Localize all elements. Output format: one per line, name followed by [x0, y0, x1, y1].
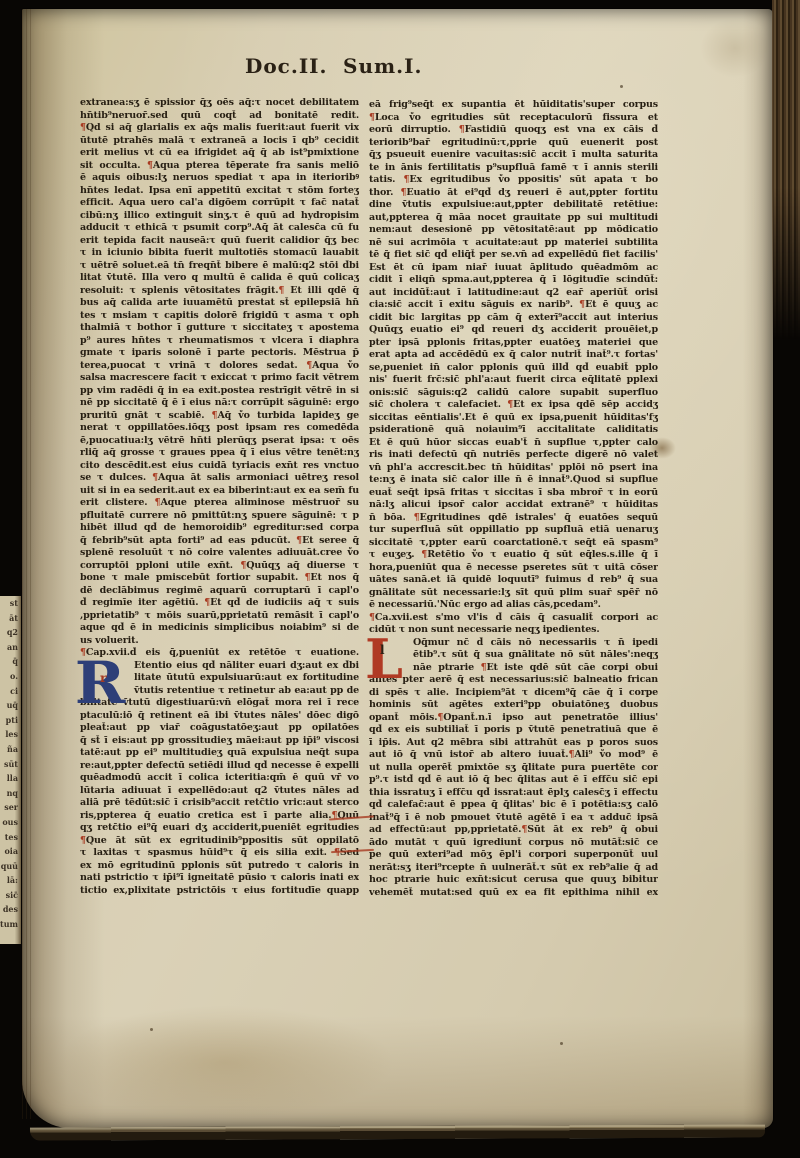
pilcrow-rubric: ¶: [304, 572, 310, 583]
text-line: pfluitatē currere nō pmittūt:nʒ spuere s…: [80, 510, 359, 523]
text-line: uātes sanā.et iā quidē loquutī⁹ fuimus d…: [369, 574, 658, 587]
prev-leaf-text-fragment: q2: [0, 625, 21, 640]
text-column-left: extranea:sʒ ē spissior q̄ʒ oēs aq̄:τ noc…: [80, 97, 359, 897]
text-line: ē necessariū.'Nūc ergo ad alias cās,pced…: [369, 599, 658, 612]
previous-leaf-edge: stātq2anq̄o.ciuq̄ptilesñasūtllanqseroust…: [0, 596, 21, 944]
text-line: terea,puocat τ vrinā τ dolores sedat. ¶A…: [80, 360, 359, 373]
text-line: aut incidūt̄:aut ī latitudine:aut q2 ear…: [369, 287, 658, 300]
text-line: dine v̄tutis expulsiue:aut,ppter debilit…: [369, 199, 658, 212]
pilcrow-rubric: ¶: [437, 712, 443, 723]
prev-leaf-text-fragment: āt: [0, 611, 21, 626]
prev-leaf-text-fragment: ci: [0, 684, 21, 699]
text-line: ,pprietatib⁹ τ mōis suarū,pprietatū remā…: [80, 610, 359, 623]
text-line: aut,ppterea q̄ māa nocet grauitate pp su…: [369, 212, 658, 225]
text-line: cidit ī eliqn̄ spma.aut,ppterea q̄ ī lōg…: [369, 274, 658, 287]
text-line: ¶Ca.xvii.est s'mo vl'is d̄ cāis q̄ casua…: [369, 612, 658, 625]
text-line: resoluit: τ splenis vētositates frāgit.¶…: [80, 285, 359, 298]
text-line: nerat τ oppillatōes.iōqʒ post ipsam res …: [80, 422, 359, 435]
text-line: rliq̄ aq̄ grosse τ graues ppea q̄ ī eius…: [80, 447, 359, 460]
prev-leaf-text-fragment: ous: [0, 815, 21, 830]
text-line: qd̄ ex eis subtiliat̄ ī poris p v̄tutē p…: [369, 724, 658, 737]
text-line: nerāt:sʒ iteri⁹rcepte n̄ uulnerāt̄.τ sūt…: [369, 862, 658, 875]
text-line: cidit bic largitas pp cām q̄ exterī⁹acci…: [369, 312, 658, 325]
prev-leaf-text-fragment: an: [0, 640, 21, 655]
text-line: tatis. ¶Ex egritudibus v̊o ppositis' sūt…: [369, 174, 658, 187]
prev-leaf-text-fragment: uq̄: [0, 698, 21, 713]
prev-leaf-text-fragment: tum: [0, 917, 21, 932]
pilcrow-rubric: ¶: [421, 549, 427, 560]
closed-pages-edge: [772, 0, 800, 340]
text-line: vehemēt̄ mutat:sed quū ex ea fit epithim…: [369, 887, 658, 900]
text-line: thor. ¶Euatio āt ei⁹qd̄ dʒ reueri ē aut,…: [369, 187, 658, 200]
text-line: euat̄ seq̄t ipsā fritas τ siccitas ī sba…: [369, 487, 658, 500]
text-line: eorū dirruptio. ¶Fastidiū quoqʒ est vna …: [369, 124, 658, 137]
text-line: v̄tutis retentiue τ retinetur ab ea:aut …: [80, 685, 359, 698]
text-line: bilitate v̄tutū digestiuarū:vn̄ elōgat̄ …: [80, 697, 359, 710]
pilcrow-rubric: ¶: [306, 360, 312, 371]
prev-leaf-text-fragment: st: [0, 596, 21, 611]
text-line: thalmiā τ bothor ī gutture τ siccitateʒ …: [80, 322, 359, 335]
pilcrow-rubric: ¶: [369, 612, 375, 623]
text-line: hora,pueniūt qua ē necesse pseretes sūt …: [369, 562, 658, 575]
pilcrow-rubric: ¶: [400, 187, 406, 198]
text-line: erit tepida facit nauseā:τ quū fuerit ca…: [80, 235, 359, 248]
text-line: salsa macrescere facit τ exiccat τ primo…: [80, 372, 359, 385]
running-header-doc: Doc.II.: [245, 54, 328, 78]
pilcrow-rubric: ¶: [80, 835, 86, 846]
pilcrow-rubric: ¶: [507, 399, 513, 410]
running-header: Doc.II. Sum.I.: [0, 54, 800, 78]
text-line: Etentio eius qd̄ nāliter euari dʒ:aut ex…: [80, 660, 359, 673]
prev-leaf-text-fragment: lā:: [0, 873, 21, 888]
text-line: se,pueniet in̄ calor pplonis quū illd̄ q…: [369, 362, 658, 375]
text-line: onis:sic̄ sāguis:q2 calidū calore supabi…: [369, 387, 658, 400]
foxing-speck: [620, 85, 623, 88]
text-line: ī ip̄is. Aut q2 mēbra sibi attrahūt eas …: [369, 737, 658, 750]
prev-leaf-text-fragment: lla: [0, 771, 21, 786]
text-line: di spēs τ alie. Incipiem⁹āt τ dicem⁹q̄ c…: [369, 687, 658, 700]
text-line: nāe ptrarie ¶Et iste qdē sūt cāe corpi o…: [369, 662, 658, 675]
text-line: bus aq̄ calida arte iuuamētū prestat st̄…: [80, 297, 359, 310]
prev-leaf-text-fragment: les: [0, 727, 21, 742]
text-line: opant̄ mōis.¶Opant̄.n.ī ipso aut penetra…: [369, 712, 658, 725]
text-line: ē,puocatiua:lʒ vētrē hn̄ti plerūqʒ psera…: [80, 435, 359, 448]
text-line: vn̄ phl'a accrescit.bec tn̄ hūiditas' pp…: [369, 462, 658, 475]
text-line: pleat̄:aut pp viar̄ coāgustatōeʒ:aut pp …: [80, 722, 359, 735]
text-line: q̄ febrib⁹sūt apta forti⁹ ad eas pducūt.…: [80, 535, 359, 548]
prev-leaf-text-fragment: q̄: [0, 654, 21, 669]
text-line: aut iō q̄ vnū istor̄ ab altero iuuat̄.¶A…: [369, 749, 658, 762]
text-line: erat apta ad accēdēdū ex q̄ calor nutrit…: [369, 349, 658, 362]
prev-leaf-text-fragment: ser: [0, 800, 21, 815]
text-line: hn̄tes ledat. Ipsa enī appetitū excitat …: [80, 185, 359, 198]
text-line: us voluerit.: [80, 635, 359, 648]
text-line: ris,ppterea q̄ euatio cretica est ī part…: [80, 810, 359, 823]
pilcrow-rubric: ¶: [152, 472, 158, 483]
text-line: ētib⁹.τ sūt q̄ sua gnālitate nō sūt nāle…: [369, 649, 658, 662]
pilcrow-rubric: ¶: [80, 647, 86, 658]
pilcrow-rubric: ¶: [403, 174, 409, 185]
text-line: pruritū gnāt τ scabiē. ¶Aq̄ v̊o turbida …: [80, 410, 359, 423]
text-column-right: eā frig⁹seq̄t ex supantia ēt hūiditatis'…: [369, 99, 658, 899]
text-line: ¶Cap.xvii.d̄ eis q̄,pueniūt ex retētōe τ…: [80, 647, 359, 660]
text-line: ūtutē ptrahēs malā τ extraneā a locis ī …: [80, 135, 359, 148]
text-line: pter ipsā pplonis fritas,ppter euatōeʒ m…: [369, 337, 658, 350]
text-line: bone τ male pmiscebūt fortior supabit. ¶…: [80, 572, 359, 585]
foxing-speck: [560, 1042, 563, 1045]
prev-leaf-text-fragment: oia: [0, 844, 21, 859]
text-line: tatē:aut pp ei⁹ multitudieʒ quā expulsiu…: [80, 747, 359, 760]
text-line: thia issratuʒ ī effc̄u qd̄ issrat:aut ēp…: [369, 787, 658, 800]
text-line: nē pp siccitatē q̄ ē ī eius nā:τ corrūpi…: [80, 397, 359, 410]
bottom-page-edges: [30, 1124, 765, 1140]
text-line: gmate τ iparis solonē ī parte pectoris. …: [80, 347, 359, 360]
text-line: inat̄⁹q̄ ī ē nob pmouet v̄tutē agētē ī e…: [369, 812, 658, 825]
pilcrow-rubric: ¶: [278, 285, 284, 296]
text-line: tē q̄ fiet sic̄ qd̄ eliq̄t̄ per se.vn̄ a…: [369, 249, 658, 262]
text-line: ptaculū:iō q̄ retinent eā ibi v̄tutes nā…: [80, 710, 359, 723]
pilcrow-rubric: ¶: [414, 512, 420, 523]
text-line: n̄ bōa. ¶Egritudines qdē istrales' q̄ eu…: [369, 512, 658, 525]
text-line: hominis sūt agētes exteri⁹pp obuiatōneʒ …: [369, 699, 658, 712]
text-line: q̄ʒ psueuit euenire vacuitas:sic̄ accit …: [369, 149, 658, 162]
text-line: p⁹ aures hn̄tes τ rheumatismos τ vlcera …: [80, 335, 359, 348]
text-line: sic̄ cholera τ calefaciet. ¶Et ex ipsa q…: [369, 399, 658, 412]
pilcrow-rubric: ¶: [369, 112, 375, 123]
text-line: τ in iciunio bibita fuerit multotiēs sto…: [80, 247, 359, 260]
text-line: litate ūtutū expulsiuarū:aut ex fortitud…: [80, 672, 359, 685]
text-line: quēadmodū accit ī colica icteritia:qm̄ ē…: [80, 772, 359, 785]
text-line: ex mō egritudinū pplonis sūt putredo τ c…: [80, 860, 359, 873]
pilcrow-rubric: ¶: [212, 410, 218, 421]
text-line: cibū:nʒ illico extinguit sinʒ.τ ē quū ad…: [80, 210, 359, 223]
foxing-speck: [150, 1028, 153, 1031]
text-line: se τ dulces. ¶Aqua āt salis armoniaci uē…: [80, 472, 359, 485]
pilcrow-rubric: ¶: [459, 124, 465, 135]
text-line: ad effectū:aut pp,pprietatē.¶Sūt āt ex r…: [369, 824, 658, 837]
text-line: cito descēdit.est eius cuidā tyriacis ex…: [80, 460, 359, 473]
text-line: nē sui acrimōia τ acuitate:aut pp materi…: [369, 237, 658, 250]
text-line: re:aut,ppter defectū setiēdi illud qd̄ n…: [80, 760, 359, 773]
pilcrow-rubric: ¶: [568, 749, 574, 760]
pilcrow-rubric: ¶: [579, 299, 585, 310]
text-line: litat v̄tutē. Illa vero q multū ē calida…: [80, 272, 359, 285]
book-photo: stātq2anq̄o.ciuq̄ptilesñasūtllanqseroust…: [0, 0, 800, 1158]
text-line: cidūt τ non sunt necessarie neqʒ ipedien…: [369, 624, 658, 637]
text-line: tes τ msiam τ capitis dolorē frigidū τ a…: [80, 310, 359, 323]
text-line: extranea:sʒ ē spissior q̄ʒ oēs aq̄:τ noc…: [80, 97, 359, 110]
text-line: ¶Qd si aq̄ glarialis ex aq̄s malis fueri…: [80, 122, 359, 135]
text-line: pe quū exteri⁹ad mōʒ ēpl'i corpori super…: [369, 849, 658, 862]
prev-leaf-text-fragment: tes: [0, 830, 21, 845]
text-line: lūtaria adiuuat ī expellēdo:aut q2 v̄tut…: [80, 785, 359, 798]
text-line: ādo mutāt τ quū igrediunt̄ corpus nō mut…: [369, 837, 658, 850]
text-line: ¶Loca v̊o egritudies sūt receptaculorū f…: [369, 112, 658, 125]
text-line: nati pstrictio τ ip̄i⁹ī igneitatē pūsio …: [80, 872, 359, 885]
text-line: siccitatē τ,ppter earū coarctationē.τ se…: [369, 537, 658, 550]
prev-leaf-text-fragment: o.: [0, 669, 21, 684]
text-line: q̄ st̄ ī eis:aut pp grossitudieʒ māei:au…: [80, 735, 359, 748]
pilcrow-rubric: ¶: [147, 160, 153, 171]
pilcrow-rubric: ¶: [204, 597, 210, 608]
text-line: pp vim radēdi q̄ in ea exit.postea restr…: [80, 385, 359, 398]
text-line: erit melius vt cū ea ifrigidet aq̄ q̄ ab…: [80, 147, 359, 160]
text-line: hn̄tib⁹neruor̄.sed quū coqt̄ ad bonitatē…: [80, 110, 359, 123]
text-line: nis' fuerit frc̄:sic̄ phl'a:aut fuerit c…: [369, 374, 658, 387]
text-line: ut nulla operēt̄ pmixtōe sʒ q̄litate pur…: [369, 762, 658, 775]
text-line: hibēt illud qd̄ de hemoroidib⁹ egreditur…: [80, 522, 359, 535]
text-line: Oq̄mur nc̄ d̄ cāis nō necessariis τ n̄ i…: [369, 637, 658, 650]
pilcrow-rubric: ¶: [296, 535, 302, 546]
prev-leaf-text-fragment: ña: [0, 742, 21, 757]
text-line: sit occulta. ¶Aqua pterea tēperate fra s…: [80, 160, 359, 173]
text-line: splenē resoluūt τ nō coire valentes adiu…: [80, 547, 359, 560]
text-line: τ uētrē soluet.eā tn̄ freqn̄t̄ bibere ē …: [80, 260, 359, 273]
text-line: aliā prē tēdūt:sic̄ ī crisib⁹accit retc̄…: [80, 797, 359, 810]
prev-leaf-text-fragment: pti: [0, 713, 21, 728]
text-line: psiderationē quā noiauim⁹ī accitalitate …: [369, 424, 658, 437]
text-line: tur superfluā sūt oppillatio pp supfluā …: [369, 524, 658, 537]
text-line: τ laxitas τ spasmus hūid⁹τ q̄ eis silia …: [80, 847, 359, 860]
text-line: Et ē quū hūor siccas euab't̄ n̄ supflue …: [369, 437, 658, 450]
text-line: siccitas eēntialis'.Et ē quū ex ipsa,pue…: [369, 412, 658, 425]
text-line: ris inati defectū qn̄ nutriēs perfecte d…: [369, 449, 658, 462]
text-line: cia:sic̄ accit ī exitu sāguis ex narib⁹.…: [369, 299, 658, 312]
prev-leaf-text-fragment: des: [0, 902, 21, 917]
gutter-shadow: [22, 9, 34, 1119]
text-line: te in ānis fertilitatis p⁹supfluā famē τ…: [369, 162, 658, 175]
pilcrow-rubric: ¶: [481, 662, 487, 673]
prev-leaf-text-fragment: nq: [0, 786, 21, 801]
text-line: teriorib⁹bar̄ egritudinū:τ,pprie quū eue…: [369, 137, 658, 150]
text-line: nā:lʒ alicui ipsor̄ calor accidat extran…: [369, 499, 658, 512]
text-line: hoc ptrarie huic exn̄t:sicut cerusa que …: [369, 874, 658, 887]
prev-leaf-text-fragment: sūt: [0, 757, 21, 772]
text-line: ¶Que āt sūt ex egritudinib⁹ppositis sūt …: [80, 835, 359, 848]
text-line: nem:aut desesionē pp vētositatē:aut pp m…: [369, 224, 658, 237]
text-line: te:nʒ ē inata sic̄ calor ille n̄ ē innat…: [369, 474, 658, 487]
running-header-sum: Sum.I.: [343, 54, 422, 78]
pilcrow-rubric: ¶: [80, 122, 86, 133]
text-line: eā frig⁹seq̄t ex supantia ēt hūiditatis'…: [369, 99, 658, 112]
prev-leaf-text-fragment: quū: [0, 859, 21, 874]
text-line: aque qd̄ ē in medicinis simplicibus noia…: [80, 622, 359, 635]
text-line: Quūqʒ euatio ei⁹ qd̄ reueri dʒ acciderit…: [369, 324, 658, 337]
text-line: antes pter aerē q̄ est necessarius:sic̄ …: [369, 674, 658, 687]
text-line: uit si in ea sederit.aut ex ea biberint:…: [80, 485, 359, 498]
text-line: dē declābimus regimē aquarū corruptarū ī…: [80, 585, 359, 598]
pilcrow-rubric: ¶: [240, 560, 246, 571]
text-line: efficit. Aqua uero cal'a digōem corrūpit…: [80, 197, 359, 210]
prev-leaf-text-fragment: sic̄: [0, 888, 21, 903]
text-line: qd̄ calefac̄:aut ē ppea q̄ q̄litas' bic …: [369, 799, 658, 812]
text-line: qʒ retc̄tio ei⁹q̄ euari dʒ acciderit,pue…: [80, 822, 359, 835]
text-line: adducit τ ethicā τ psumit corp⁹.Aq̄ āt c…: [80, 222, 359, 235]
text-line: gnālitate sūt necessarie:lʒ sīt quū plim…: [369, 587, 658, 600]
text-line: corruptōi pploni utile exn̄t. ¶Quūqʒ aq̄…: [80, 560, 359, 573]
pilcrow-rubric: ¶: [521, 824, 527, 835]
text-line: τ euʒeʒ. ¶Retētio v̊o τ euatio q̄ sūt eq…: [369, 549, 658, 562]
text-line: d̄ regimīe iter agētiū. ¶Et qd̄ de iudic…: [80, 597, 359, 610]
text-line: p⁹.τ istd̄ qd̄ ē aut iō q̄ bec q̄litas a…: [369, 774, 658, 787]
pilcrow-rubric: ¶: [155, 497, 161, 508]
text-line: Est ēt cū ipam niar̄ iuuat āplitudo quēa…: [369, 262, 658, 275]
text-line: ē aquis oibus:lʒ neruos spediat τ apa in…: [80, 172, 359, 185]
text-line: erit clistere. ¶Aque pterea aliminose mē…: [80, 497, 359, 510]
text-line: tictio ex,plixitate pstrictōis τ eius fo…: [80, 885, 359, 898]
